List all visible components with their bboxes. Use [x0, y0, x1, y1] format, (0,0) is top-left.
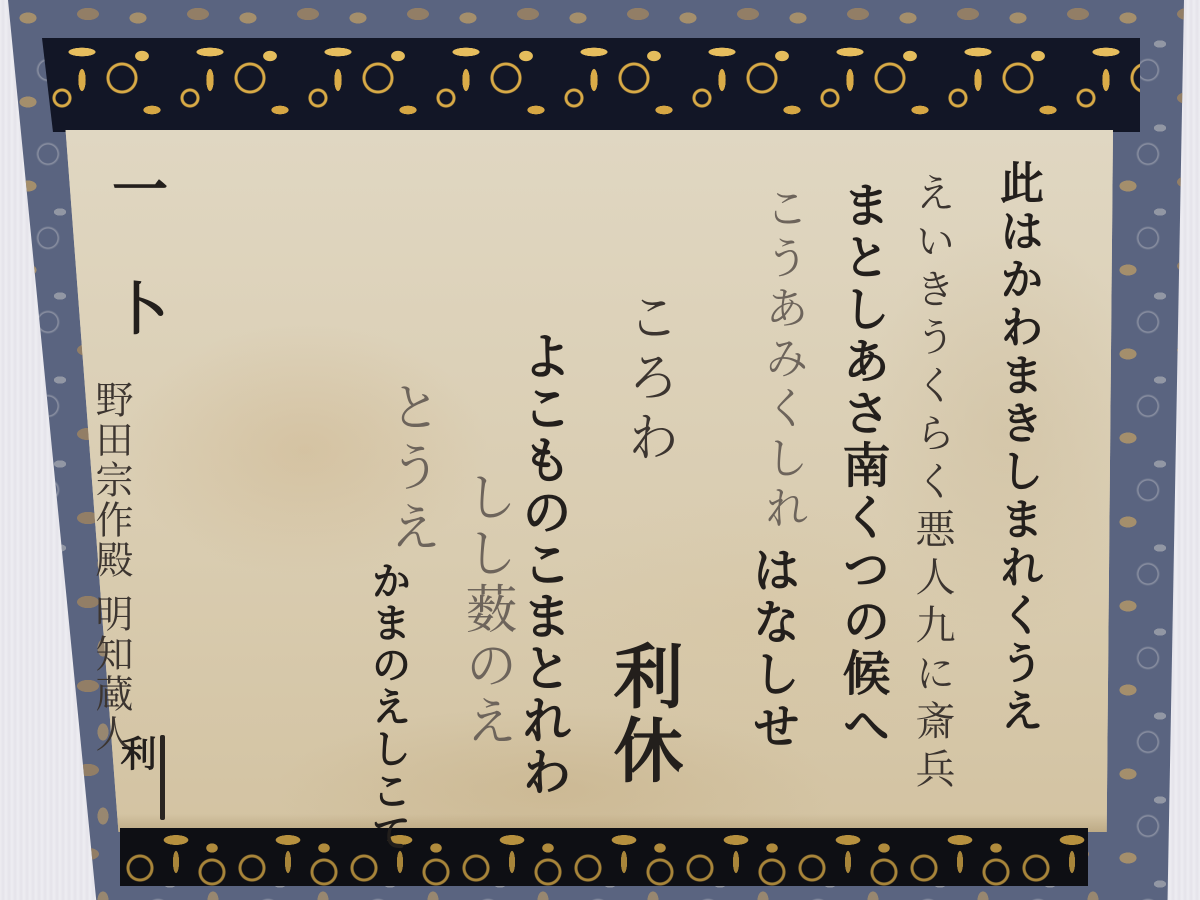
calligraphy-column-3: まとしあさ南くつの候へ	[838, 180, 886, 752]
calligraphy-column-1: 此はかわまきしまれくうえ	[995, 160, 1039, 736]
date-mark: 一 卜	[108, 160, 164, 358]
calligraphy-column-7: よこものこまとれわ	[518, 330, 568, 798]
calligraphy-column-2: えいきうくらく悪人九に斎兵	[912, 172, 952, 796]
scroll-photo: 此はかわまきしまれくうえ えいきうくらく悪人九に斎兵 まとしあさ南くつの候へ こ…	[0, 0, 1200, 900]
lower-gold-band	[120, 828, 1088, 886]
calligraphy-column-4: こうあみくしれ	[760, 185, 804, 535]
upper-gold-band	[42, 38, 1140, 132]
calligraphy-column-9: とうえ	[384, 380, 436, 560]
addressee-line: 野田宗作殿 明知蔵人	[92, 380, 130, 754]
signature-rikyu: 利休	[608, 640, 678, 788]
calligraphy-column-8: しし薮のえ	[460, 470, 512, 750]
calligraphy-column-5: はなしせ	[748, 545, 796, 753]
ink-stroke	[160, 735, 165, 820]
calligraphy-column-10: かまのえしこて	[368, 560, 408, 854]
calligraphy-column-6: ころわ	[622, 290, 674, 470]
addressee-seal: 利	[118, 735, 154, 777]
